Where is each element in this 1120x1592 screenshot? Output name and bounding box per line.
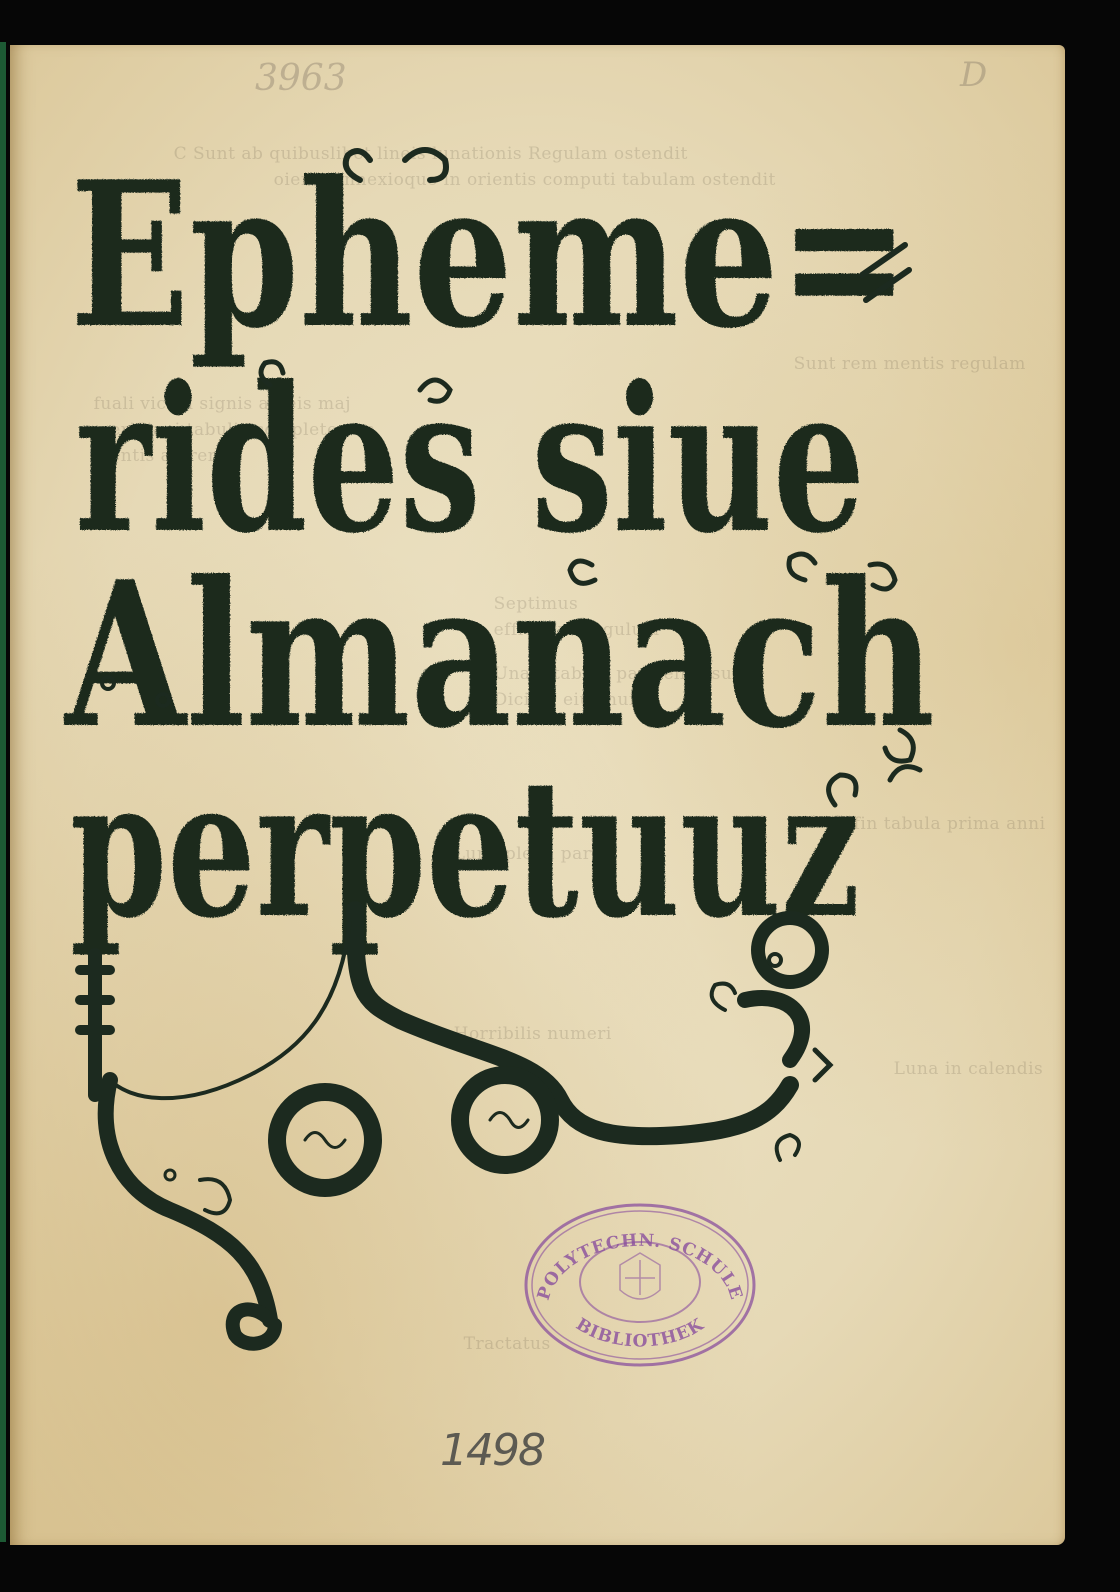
- handwritten-shelfmark: 1498: [440, 1425, 544, 1476]
- title-ephemerides: Epheme= rides siue Almanach perpetuuz: [63, 138, 935, 960]
- svg-text:BIBLIOTHEK: BIBLIOTHEK: [572, 1314, 708, 1351]
- stamp-bottom-text: BIBLIOTHEK: [572, 1314, 708, 1351]
- title-line-4: perpetuuz: [70, 737, 860, 960]
- library-stamp: POLYTECHN. SCHULE BIBLIOTHEK: [520, 1200, 760, 1370]
- stamp-crest-icon: [620, 1253, 660, 1299]
- title-line-1: Epheme=: [70, 138, 910, 373]
